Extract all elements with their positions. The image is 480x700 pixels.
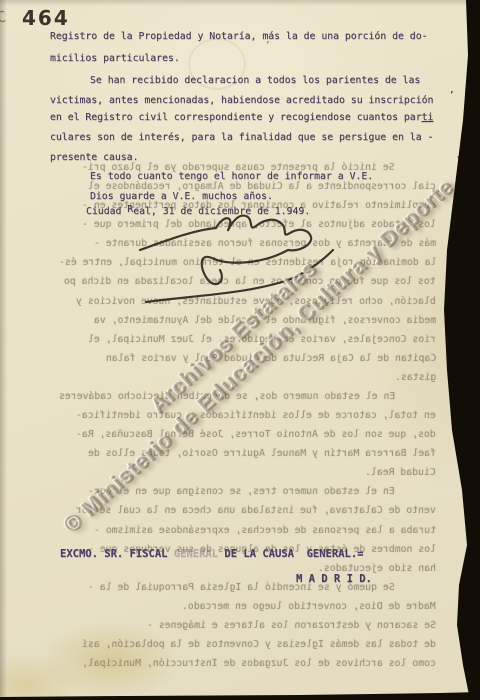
typed-line-8: Es todo cuanto tengo el honor de informa… [90, 171, 373, 182]
typed-line-9: Dios guarde a V.E. muchos años. [90, 191, 273, 202]
bleedthrough-line: turaba a las personas de derechas, expre… [94, 525, 436, 536]
bleedthrough-line: como los archivos de los Juzgados de Ins… [82, 658, 436, 669]
typed-line-6: culares son de interés, para la finalida… [50, 132, 433, 143]
bleedthrough-line: Ciudad Real. [365, 467, 436, 478]
scanned-document-photo: Se inició la presente causa superado ya … [0, 0, 480, 700]
typed-line-5-main: en el Registro civil correspondiente y r… [50, 112, 422, 123]
typed-line-5: en el Registro civil correspondiente y r… [50, 112, 433, 123]
typed-line-1: Registro de la Propiedad y Notaría, más … [50, 31, 428, 42]
bleedthrough-line: Se sacaron y destrozaron los altares e i… [147, 620, 436, 631]
typed-line-2: micilios particulares. [50, 53, 180, 64]
typed-line-4: victimas, antes mencionadas, habiendose … [50, 95, 433, 106]
bleedthrough-line: de todas las demás Iglesias y Conventos … [82, 639, 436, 650]
bleedthrough-line: gistas. [395, 372, 436, 383]
ink-speck: ’ [449, 92, 454, 101]
bleedthrough-line: Madre de Dios, convertido luego en merca… [182, 601, 436, 612]
addressee-post: DE LA CAUSA GENERAL.= [218, 548, 363, 560]
page-number: 464 [22, 6, 70, 30]
bleedthrough-line: Se quemó y se incendió la Iglesia Parroq… [88, 582, 436, 593]
bleedthrough-line: vento de Calatrava, fue instalada una ch… [76, 505, 436, 516]
ink-speck: ’ [265, 42, 270, 51]
bleedthrough-line: En el estado numero dos, se describen di… [59, 391, 437, 402]
addressee-line: EXCMO. SR. FISCAL GENERAL DE LA CAUSA GE… [60, 548, 363, 560]
addressee-pre: EXCMO. SR. FISCAL [60, 548, 174, 560]
bleedthrough-line: dos, que son los de Antonio Torres, José… [76, 429, 436, 440]
date-city: Ciudad [86, 206, 127, 217]
bleedthrough-line: en total, catorce de ellos identificados… [76, 410, 436, 421]
typed-line-3: Se han recibido declaracion a todos los … [90, 75, 420, 86]
bleedthrough-line: En el estado numero tres, se consigna qu… [88, 486, 436, 497]
city-line: M A D R I D. [296, 573, 372, 585]
addressee-faded-word: GENERAL [174, 548, 218, 560]
typed-line-7: presente causa. [50, 152, 138, 163]
typed-line-5-suffix: ti [422, 112, 434, 123]
